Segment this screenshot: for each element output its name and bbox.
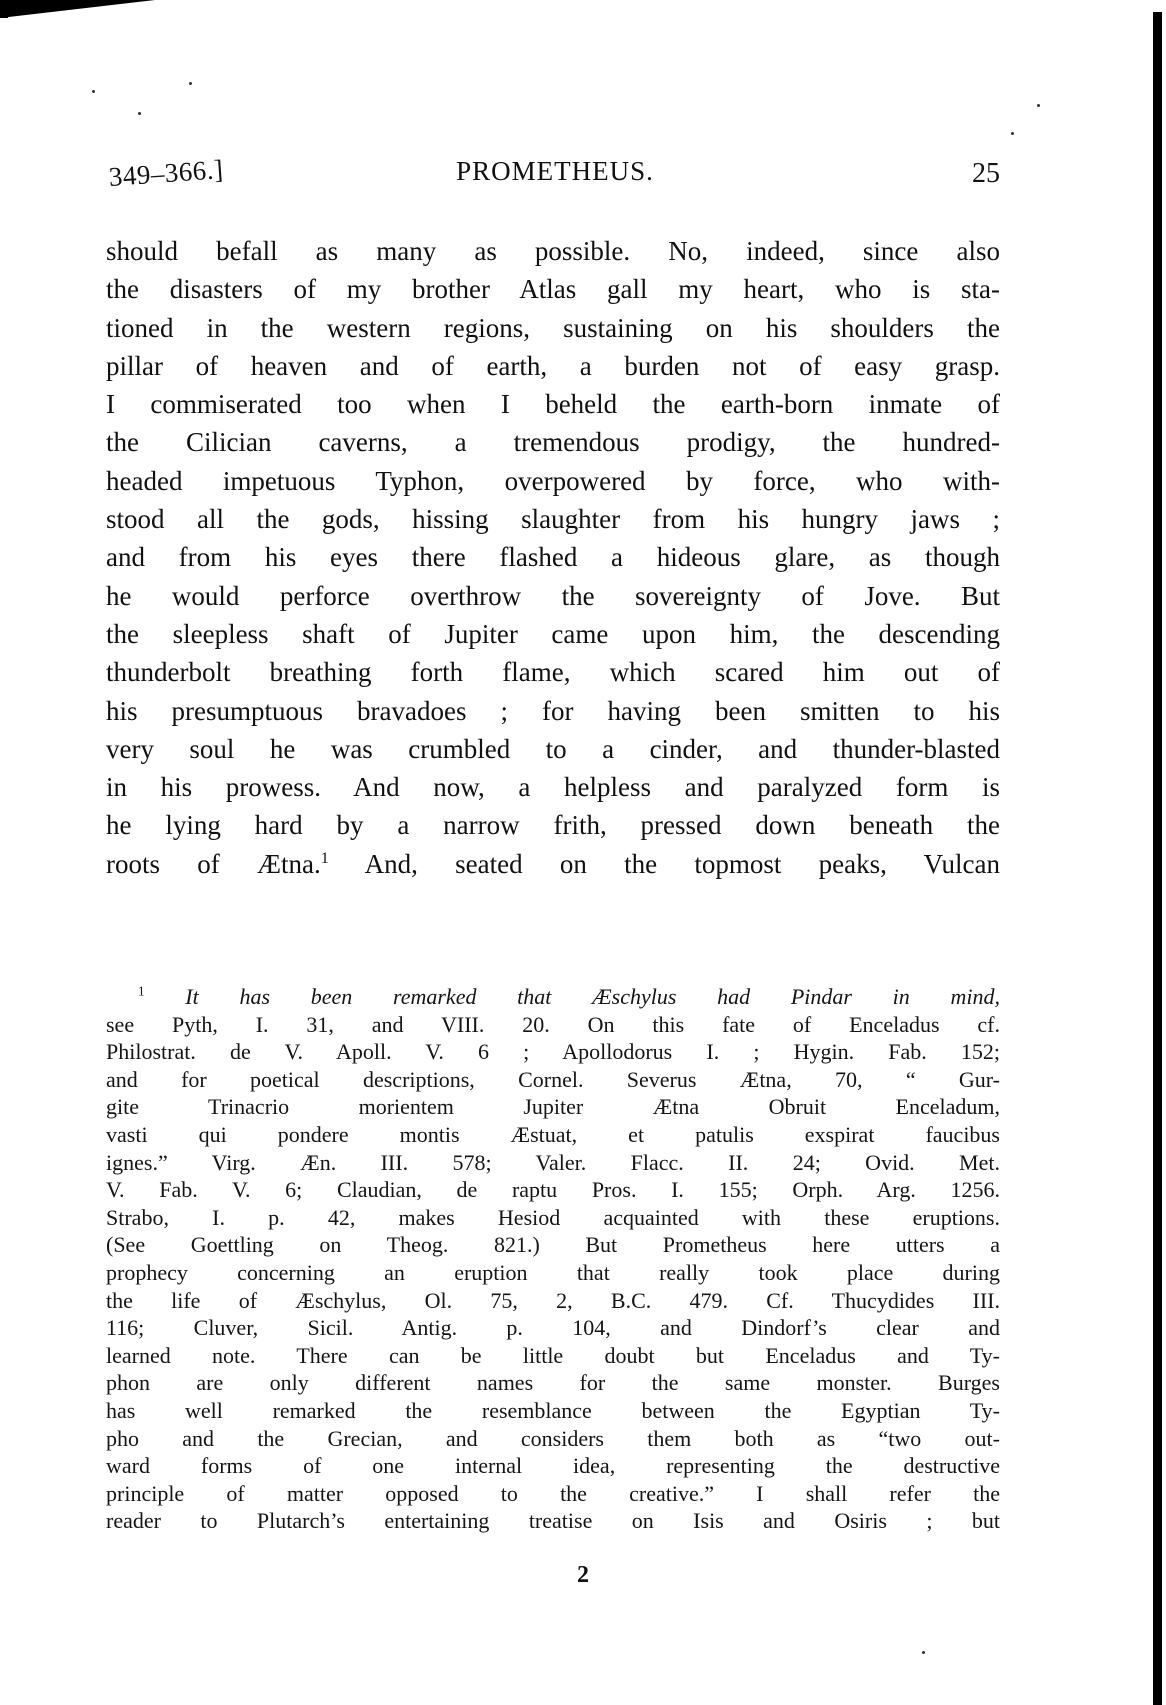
- text-line: thunderbolt breathing forth flame, which…: [106, 653, 1000, 691]
- footnote-line: the life of Æschylus, Ol. 75, 2, B.C. 47…: [106, 1287, 1000, 1315]
- footnote-text: It has been remarked that Æschylus had P…: [145, 984, 1000, 1009]
- footnote-line: (See Goettling on Theog. 821.) But Prome…: [106, 1231, 1000, 1259]
- footnote-line: 1 It has been remarked that Æschylus had…: [106, 983, 1000, 1011]
- footnote: 1 It has been remarked that Æschylus had…: [106, 983, 1000, 1535]
- footnote-line: 116; Cluver, Sicil. Antig. p. 104, and D…: [106, 1314, 1000, 1342]
- text-line: roots of Ætna.1 And, seated on the topmo…: [106, 845, 1000, 883]
- text-line: should befall as many as possible. No, i…: [106, 232, 1000, 270]
- footnote-reference[interactable]: 1: [321, 849, 329, 867]
- text-fragment: And, seated on the topmost peaks, Vulcan: [329, 849, 1000, 879]
- text-line: I commiserated too when I beheld the ear…: [106, 385, 1000, 423]
- footnote-marker: 1: [138, 984, 145, 999]
- scan-page-edge: [1153, 12, 1162, 1705]
- footnote-line: reader to Plutarch’s entertaining treati…: [106, 1507, 1000, 1535]
- text-line: tioned in the western regions, sustainin…: [106, 309, 1000, 347]
- footnote-line: Strabo, I. p. 42, makes Hesiod acquainte…: [106, 1204, 1000, 1232]
- text-line: his presumptuous bravadoes ; for having …: [106, 692, 1000, 730]
- footnote-line: Philostrat. de V. Apoll. V. 6 ; Apollodo…: [106, 1038, 1000, 1066]
- page-number: 25: [972, 158, 1000, 190]
- scan-speck: [1037, 104, 1040, 107]
- text-line: stood all the gods, hissing slaughter fr…: [106, 500, 1000, 538]
- scan-corner-artifact: [0, 0, 155, 18]
- footnote-line: see Pyth, I. 31, and VIII. 20. On this f…: [106, 1011, 1000, 1039]
- text-line: the sleepless shaft of Jupiter came upon…: [106, 615, 1000, 653]
- footnote-line: ignes.” Virg. Æn. III. 578; Valer. Flacc…: [106, 1149, 1000, 1177]
- footnote-line: has well remarked the resemblance betwee…: [106, 1397, 1000, 1425]
- footnote-line: ward forms of one internal idea, represe…: [106, 1452, 1000, 1480]
- main-text: should befall as many as possible. No, i…: [106, 232, 1000, 883]
- scan-speck: [189, 82, 192, 85]
- text-line: pillar of heaven and of earth, a burden …: [106, 347, 1000, 385]
- footnote-line: vasti qui pondere montis Æstuat, et patu…: [106, 1121, 1000, 1149]
- text-line: very soul he was crumbled to a cinder, a…: [106, 730, 1000, 768]
- running-head: 349–366.] PROMETHEUS. 25: [110, 150, 1000, 200]
- text-line: in his prowess. And now, a helpless and …: [106, 768, 1000, 806]
- scan-speck: [92, 90, 95, 93]
- text-line: the Cilician caverns, a tremendous prodi…: [106, 423, 1000, 461]
- footnote-line: gite Trinacrio morientem Jupiter Ætna Ob…: [106, 1093, 1000, 1121]
- text-line: he would perforce overthrow the sovereig…: [106, 577, 1000, 615]
- scan-speck: [922, 1651, 925, 1654]
- footnote-line: V. Fab. V. 6; Claudian, de raptu Pros. I…: [106, 1176, 1000, 1204]
- footnote-line: phon are only different names for the sa…: [106, 1369, 1000, 1397]
- text-line: and from his eyes there flashed a hideou…: [106, 538, 1000, 576]
- text-line: the disasters of my brother Atlas gall m…: [106, 270, 1000, 308]
- scan-speck: [138, 112, 141, 115]
- text-fragment: roots of Ætna.: [106, 849, 321, 879]
- footnote-line: learned note. There can be little doubt …: [106, 1342, 1000, 1370]
- footnote-line: principle of matter opposed to the creat…: [106, 1480, 1000, 1508]
- page-title: PROMETHEUS.: [110, 156, 1000, 187]
- footnote-line: pho and the Grecian, and considers them …: [106, 1425, 1000, 1453]
- footnote-line: and for poetical descriptions, Cornel. S…: [106, 1066, 1000, 1094]
- text-line: headed impetuous Typhon, overpowered by …: [106, 462, 1000, 500]
- scan-speck: [1011, 132, 1014, 135]
- footnote-line: prophecy concerning an eruption that rea…: [106, 1259, 1000, 1287]
- text-line: he lying hard by a narrow frith, pressed…: [106, 806, 1000, 844]
- signature-mark: 2: [0, 1562, 1166, 1589]
